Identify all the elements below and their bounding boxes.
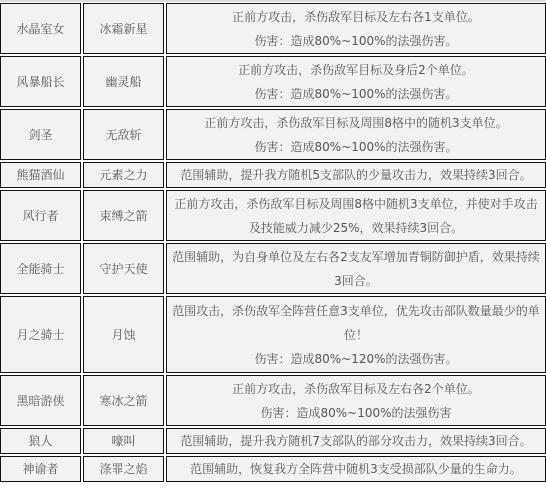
- skill-name-cell: 月蚀: [83, 296, 164, 373]
- table-row: 黑暗游侠 寒冰之箭 正前方攻击，杀伤敌军目标及左右各2个单位。 伤害：造成80%…: [0, 375, 546, 426]
- hero-name-cell: 狼人: [0, 428, 81, 454]
- hero-name-cell: 黑暗游侠: [0, 375, 81, 426]
- skill-description-cell: 范围辅助，恢复我方全阵营中随机3支受损部队少量的生命力。: [166, 456, 546, 482]
- description-line: 正前方攻击，杀伤敌军目标及左右各2个单位。: [169, 377, 543, 401]
- hero-name-cell: 熊猫酒仙: [0, 162, 81, 188]
- skill-description-cell: 正前方攻击，杀伤敌军目标及左右各1支单位。 伤害：造成80%~100%的法强伤害…: [166, 3, 546, 54]
- description-line: 范围辅助，提升我方随机5支部队的少量攻击力，效果持续3回合。: [169, 163, 543, 187]
- damage-line: 伤害：造成80%~100%的法强伤害。: [169, 82, 543, 106]
- damage-line: 伤害：造成80%~120%的法强伤害。: [169, 347, 543, 371]
- table-row: 风暴船长 幽灵船 正前方攻击，杀伤敌军目标及身后2个单位。 伤害：造成80%~1…: [0, 56, 546, 107]
- skill-name-cell: 束缚之箭: [83, 190, 164, 241]
- skill-description-cell: 正前方攻击，杀伤敌军目标及周围8格中的随机3支单位。 伤害：造成80%~100%…: [166, 109, 546, 160]
- hero-name-cell: 风行者: [0, 190, 81, 241]
- skill-description-cell: 范围辅助，提升我方随机7支部队的部分攻击力，效果持续3回合。: [166, 428, 546, 454]
- description-line: 范围攻击，杀伤敌军全阵营任意3支单位，优先攻击部队数量最少的单位！: [169, 299, 543, 347]
- hero-name-cell: 全能骑士: [0, 243, 81, 294]
- table-row: 风行者 束缚之箭 正前方攻击，杀伤敌军目标及周围8格中随机3支单位，并使对手攻击…: [0, 190, 546, 241]
- damage-line: 伤害：造成80%~100%的法强伤害。: [169, 135, 543, 159]
- skill-description-cell: 正前方攻击，杀伤敌军目标及左右各2个单位。 伤害：造成80%~100%的法强伤害: [166, 375, 546, 426]
- hero-name-cell: 剑圣: [0, 109, 81, 160]
- hero-name-cell: 风暴船长: [0, 56, 81, 107]
- description-line: 正前方攻击，杀伤敌军目标及左右各1支单位。: [169, 5, 543, 29]
- table-row: 剑圣 无敌斩 正前方攻击，杀伤敌军目标及周围8格中的随机3支单位。 伤害：造成8…: [0, 109, 546, 160]
- hero-name-cell: 月之骑士: [0, 296, 81, 373]
- skill-name-cell: 寒冰之箭: [83, 375, 164, 426]
- hero-skill-table: 水晶室女 冰霜新星 正前方攻击，杀伤敌军目标及左右各1支单位。 伤害：造成80%…: [0, 1, 546, 484]
- description-line: 正前方攻击，杀伤敌军目标及身后2个单位。: [169, 58, 543, 82]
- hero-name-cell: 神谕者: [0, 456, 81, 482]
- skill-name-cell: 无敌斩: [83, 109, 164, 160]
- table-row: 全能骑士 守护天使 范围辅助，为自身单位及左右各2支友军增加青铜防御护盾，效果持…: [0, 243, 546, 294]
- skill-name-cell: 涤罪之焰: [83, 456, 164, 482]
- table-row: 熊猫酒仙 元素之力 范围辅助，提升我方随机5支部队的少量攻击力，效果持续3回合。: [0, 162, 546, 188]
- skill-name-cell: 幽灵船: [83, 56, 164, 107]
- damage-line: 伤害：造成80%~100%的法强伤害: [169, 401, 543, 425]
- skill-name-cell: 冰霜新星: [83, 3, 164, 54]
- skill-description-cell: 正前方攻击，杀伤敌军目标及身后2个单位。 伤害：造成80%~100%的法强伤害。: [166, 56, 546, 107]
- hero-name-cell: 水晶室女: [0, 3, 81, 54]
- skill-description-cell: 范围辅助，为自身单位及左右各2支友军增加青铜防御护盾，效果持续3回合。: [166, 243, 546, 294]
- table-row: 水晶室女 冰霜新星 正前方攻击，杀伤敌军目标及左右各1支单位。 伤害：造成80%…: [0, 3, 546, 54]
- description-line: 正前方攻击，杀伤敌军目标及周围8格中的随机3支单位。: [169, 111, 543, 135]
- table-row: 狼人 嚎叫 范围辅助，提升我方随机7支部队的部分攻击力，效果持续3回合。: [0, 428, 546, 454]
- damage-line: 伤害：造成80%~100%的法强伤害。: [169, 29, 543, 53]
- table-row: 月之骑士 月蚀 范围攻击，杀伤敌军全阵营任意3支单位，优先攻击部队数量最少的单位…: [0, 296, 546, 373]
- skill-name-cell: 元素之力: [83, 162, 164, 188]
- skill-name-cell: 守护天使: [83, 243, 164, 294]
- skill-name-cell: 嚎叫: [83, 428, 164, 454]
- table-row: 神谕者 涤罪之焰 范围辅助，恢复我方全阵营中随机3支受损部队少量的生命力。: [0, 456, 546, 482]
- skill-description-cell: 正前方攻击，杀伤敌军目标及周围8格中随机3支单位，并使对手攻击及技能威力减少25…: [166, 190, 546, 241]
- skill-description-cell: 范围攻击，杀伤敌军全阵营任意3支单位，优先攻击部队数量最少的单位！ 伤害：造成8…: [166, 296, 546, 373]
- skill-description-cell: 范围辅助，提升我方随机5支部队的少量攻击力，效果持续3回合。: [166, 162, 546, 188]
